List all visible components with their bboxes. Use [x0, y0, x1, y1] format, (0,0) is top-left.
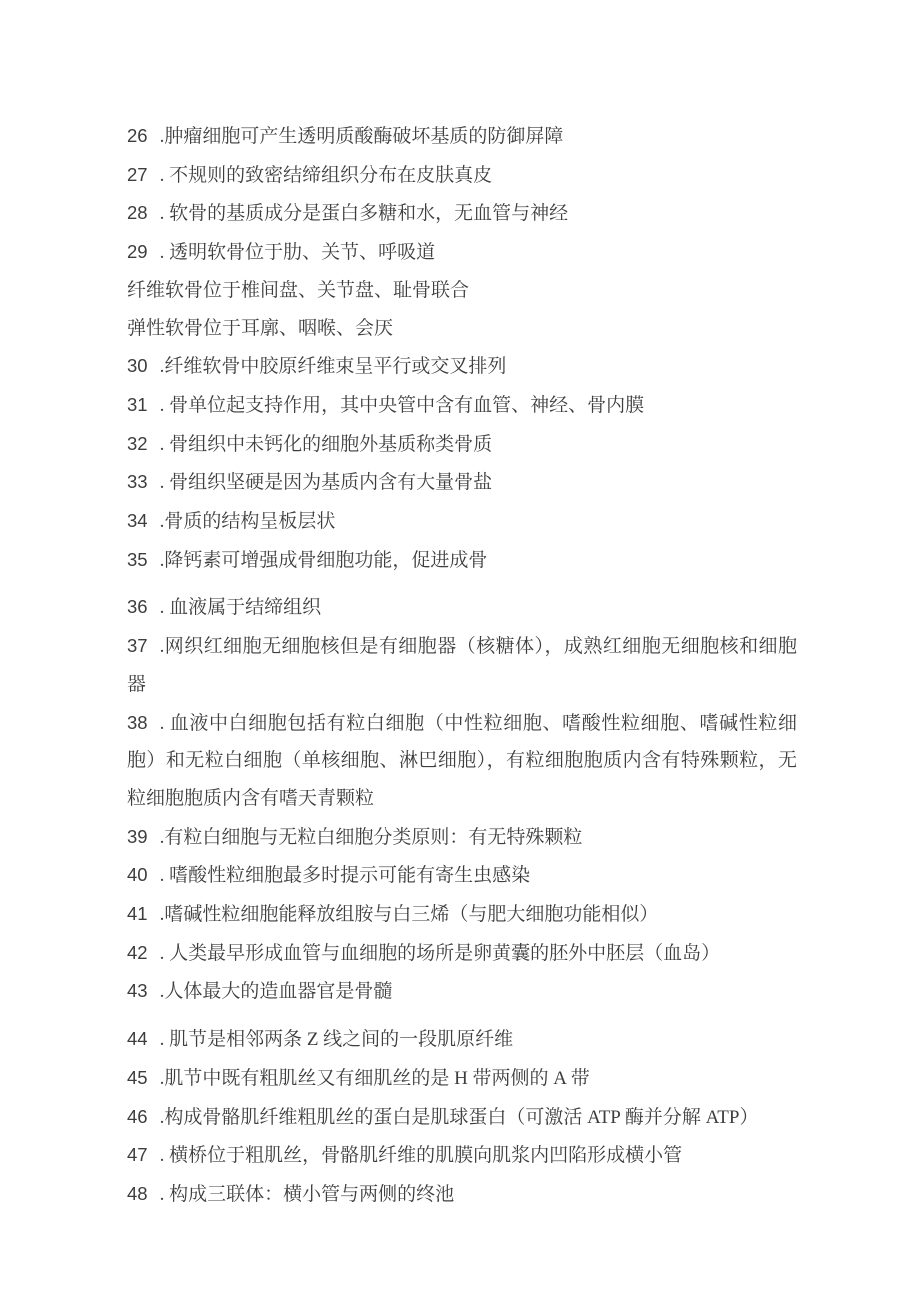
item-number: 39: [127, 826, 148, 847]
item-text-line: 器: [127, 666, 797, 704]
note-item-35: 35.降钙素可增强成骨细胞功能，促进成骨: [127, 541, 797, 580]
item-text-line: 48. 构成三联体：横小管与两侧的终池: [127, 1175, 797, 1214]
item-text-line: 弹性软骨位于耳廓、咽喉、会厌: [127, 310, 797, 348]
note-item-37: 37.网织红细胞无细胞核但是有细胞器（核糖体），成熟红细胞无细胞核和细胞器: [127, 627, 797, 703]
notes-list: 26.肿瘤细胞可产生透明质酸酶破坏基质的防御屏障27. 不规则的致密结缔组织分布…: [0, 0, 920, 1214]
note-item-36: 36. 血液属于结缔组织: [127, 588, 797, 627]
item-number: 47: [127, 1144, 148, 1165]
note-item-32: 32. 骨组织中未钙化的细胞外基质称类骨质: [127, 425, 797, 464]
item-text-line: 42. 人类最早形成血管与血细胞的场所是卵黄囊的胚外中胚层（血岛）: [127, 934, 797, 973]
item-number: 36: [127, 596, 148, 617]
item-text: .有粒白细胞与无粒白细胞分类原则：有无特殊颗粒: [160, 827, 583, 848]
item-text-line: 28. 软骨的基质成分是蛋白多糖和水，无血管与神经: [127, 194, 797, 233]
note-item-46: 46.构成骨骼肌纤维粗肌丝的蛋白是肌球蛋白（可激活 ATP 酶并分解 ATP）: [127, 1098, 797, 1137]
item-text: . 骨组织中未钙化的细胞外基质称类骨质: [160, 434, 493, 455]
item-text-line: 29. 透明软骨位于肋、关节、呼吸道: [127, 233, 797, 272]
note-item-44: 44. 肌节是相邻两条 Z 线之间的一段肌原纤维: [127, 1020, 797, 1059]
item-text-line: 47. 横桥位于粗肌丝，骨骼肌纤维的肌膜向肌浆内凹陷形成横小管: [127, 1136, 797, 1175]
note-item-47: 47. 横桥位于粗肌丝，骨骼肌纤维的肌膜向肌浆内凹陷形成横小管: [127, 1136, 797, 1175]
item-text: .构成骨骼肌纤维粗肌丝的蛋白是肌球蛋白（可激活 ATP 酶并分解 ATP）: [160, 1107, 759, 1128]
item-text-line: 粒细胞胞质内含有嗜天青颗粒: [127, 780, 797, 818]
note-item-48: 48. 构成三联体：横小管与两侧的终池: [127, 1175, 797, 1214]
item-text: . 嗜酸性粒细胞最多时提示可能有寄生虫感染: [160, 865, 531, 886]
note-item-42: 42. 人类最早形成血管与血细胞的场所是卵黄囊的胚外中胚层（血岛）: [127, 934, 797, 973]
item-text-line: 31. 骨单位起支持作用，其中央管中含有血管、神经、骨内膜: [127, 386, 797, 425]
item-text: . 构成三联体：横小管与两侧的终池: [160, 1184, 455, 1205]
item-text-line: 38. 血液中白细胞包括有粒白细胞（中性粒细胞、嗜酸性粒细胞、嗜碱性粒细: [127, 704, 797, 743]
item-text-line: 46.构成骨骼肌纤维粗肌丝的蛋白是肌球蛋白（可激活 ATP 酶并分解 ATP）: [127, 1098, 797, 1137]
item-text-line: 40. 嗜酸性粒细胞最多时提示可能有寄生虫感染: [127, 856, 797, 895]
item-text-line: 43.人体最大的造血器官是骨髓: [127, 972, 797, 1011]
item-text-line: 26.肿瘤细胞可产生透明质酸酶破坏基质的防御屏障: [127, 117, 797, 156]
item-text-line: 35.降钙素可增强成骨细胞功能，促进成骨: [127, 541, 797, 580]
item-number: 37: [127, 635, 148, 656]
note-item-29: 29. 透明软骨位于肋、关节、呼吸道: [127, 233, 797, 272]
note-item-43: 43.人体最大的造血器官是骨髓: [127, 972, 797, 1011]
item-number: 41: [127, 903, 148, 924]
item-number: 29: [127, 241, 148, 262]
item-text: . 肌节是相邻两条 Z 线之间的一段肌原纤维: [160, 1029, 514, 1050]
item-text-line: 30.纤维软骨中胶原纤维束呈平行或交叉排列: [127, 347, 797, 386]
item-text: .肌节中既有粗肌丝又有细肌丝的是 H 带两侧的 A 带: [160, 1068, 590, 1089]
item-text: . 血液属于结缔组织: [160, 597, 322, 618]
note-item-41: 41.嗜碱性粒细胞能释放组胺与白三烯（与肥大细胞功能相似）: [127, 895, 797, 934]
item-text: . 横桥位于粗肌丝，骨骼肌纤维的肌膜向肌浆内凹陷形成横小管: [160, 1145, 683, 1166]
item-text: . 骨组织坚硬是因为基质内含有大量骨盐: [160, 472, 493, 493]
note-item-continuation: 纤维软骨位于椎间盘、关节盘、耻骨联合: [127, 272, 797, 310]
item-text: . 不规则的致密结缔组织分布在皮肤真皮: [160, 165, 493, 186]
note-item-continuation: 弹性软骨位于耳廓、咽喉、会厌: [127, 310, 797, 348]
item-text: .骨质的结构呈板层状: [160, 511, 336, 532]
item-text-line: 36. 血液属于结缔组织: [127, 588, 797, 627]
item-text: .人体最大的造血器官是骨髓: [160, 981, 393, 1002]
item-number: 30: [127, 355, 148, 376]
item-text-line: 41.嗜碱性粒细胞能释放组胺与白三烯（与肥大细胞功能相似）: [127, 895, 797, 934]
item-text-line: 44. 肌节是相邻两条 Z 线之间的一段肌原纤维: [127, 1020, 797, 1059]
item-text: .网织红细胞无细胞核但是有细胞器（核糖体），成熟红细胞无细胞核和细胞: [160, 636, 797, 657]
note-item-39: 39.有粒白细胞与无粒白细胞分类原则：有无特殊颗粒: [127, 818, 797, 857]
document-body: { "page": { "background": "#ffffff", "te…: [0, 0, 920, 1301]
item-number: 34: [127, 510, 148, 531]
item-text-line: 37.网织红细胞无细胞核但是有细胞器（核糖体），成熟红细胞无细胞核和细胞: [127, 627, 797, 666]
note-item-40: 40. 嗜酸性粒细胞最多时提示可能有寄生虫感染: [127, 856, 797, 895]
note-item-45: 45.肌节中既有粗肌丝又有细肌丝的是 H 带两侧的 A 带: [127, 1059, 797, 1098]
item-number: 48: [127, 1183, 148, 1204]
item-text-line: 纤维软骨位于椎间盘、关节盘、耻骨联合: [127, 272, 797, 310]
item-text: .嗜碱性粒细胞能释放组胺与白三烯（与肥大细胞功能相似）: [160, 904, 659, 925]
note-item-28: 28. 软骨的基质成分是蛋白多糖和水，无血管与神经: [127, 194, 797, 233]
item-text: . 软骨的基质成分是蛋白多糖和水，无血管与神经: [160, 203, 569, 224]
note-item-33: 33. 骨组织坚硬是因为基质内含有大量骨盐: [127, 463, 797, 502]
item-text: .降钙素可增强成骨细胞功能，促进成骨: [160, 550, 488, 571]
note-item-26: 26.肿瘤细胞可产生透明质酸酶破坏基质的防御屏障: [127, 117, 797, 156]
item-number: 26: [127, 125, 148, 146]
item-number: 38: [127, 712, 148, 733]
item-number: 31: [127, 394, 148, 415]
note-item-31: 31. 骨单位起支持作用，其中央管中含有血管、神经、骨内膜: [127, 386, 797, 425]
item-text-line: 27. 不规则的致密结缔组织分布在皮肤真皮: [127, 156, 797, 195]
item-text: .肿瘤细胞可产生透明质酸酶破坏基质的防御屏障: [160, 126, 564, 147]
item-number: 45: [127, 1067, 148, 1088]
item-number: 42: [127, 942, 148, 963]
note-item-38: 38. 血液中白细胞包括有粒白细胞（中性粒细胞、嗜酸性粒细胞、嗜碱性粒细胞）和无…: [127, 704, 797, 818]
item-number: 32: [127, 433, 148, 454]
item-text-line: 34.骨质的结构呈板层状: [127, 502, 797, 541]
note-item-34: 34.骨质的结构呈板层状: [127, 502, 797, 541]
item-number: 35: [127, 549, 148, 570]
item-text: . 透明软骨位于肋、关节、呼吸道: [160, 242, 436, 263]
item-text: . 血液中白细胞包括有粒白细胞（中性粒细胞、嗜酸性粒细胞、嗜碱性粒细: [160, 713, 797, 734]
item-text-line: 33. 骨组织坚硬是因为基质内含有大量骨盐: [127, 463, 797, 502]
item-text: .纤维软骨中胶原纤维束呈平行或交叉排列: [160, 356, 507, 377]
item-text-line: 45.肌节中既有粗肌丝又有细肌丝的是 H 带两侧的 A 带: [127, 1059, 797, 1098]
note-item-27: 27. 不规则的致密结缔组织分布在皮肤真皮: [127, 156, 797, 195]
item-number: 40: [127, 864, 148, 885]
item-number: 43: [127, 980, 148, 1001]
note-item-30: 30.纤维软骨中胶原纤维束呈平行或交叉排列: [127, 347, 797, 386]
item-number: 46: [127, 1106, 148, 1127]
item-number: 33: [127, 471, 148, 492]
item-number: 27: [127, 164, 148, 185]
item-text-line: 32. 骨组织中未钙化的细胞外基质称类骨质: [127, 425, 797, 464]
item-text-line: 39.有粒白细胞与无粒白细胞分类原则：有无特殊颗粒: [127, 818, 797, 857]
item-text: . 骨单位起支持作用，其中央管中含有血管、神经、骨内膜: [160, 395, 645, 416]
item-number: 44: [127, 1028, 148, 1049]
item-text-line: 胞）和无粒白细胞（单核细胞、淋巴细胞），有粒细胞胞质内含有特殊颗粒，无: [127, 742, 797, 780]
item-text: . 人类最早形成血管与血细胞的场所是卵黄囊的胚外中胚层（血岛）: [160, 943, 721, 964]
document-page: 26.肿瘤细胞可产生透明质酸酶破坏基质的防御屏障27. 不规则的致密结缔组织分布…: [0, 0, 920, 1214]
item-number: 28: [127, 202, 148, 223]
